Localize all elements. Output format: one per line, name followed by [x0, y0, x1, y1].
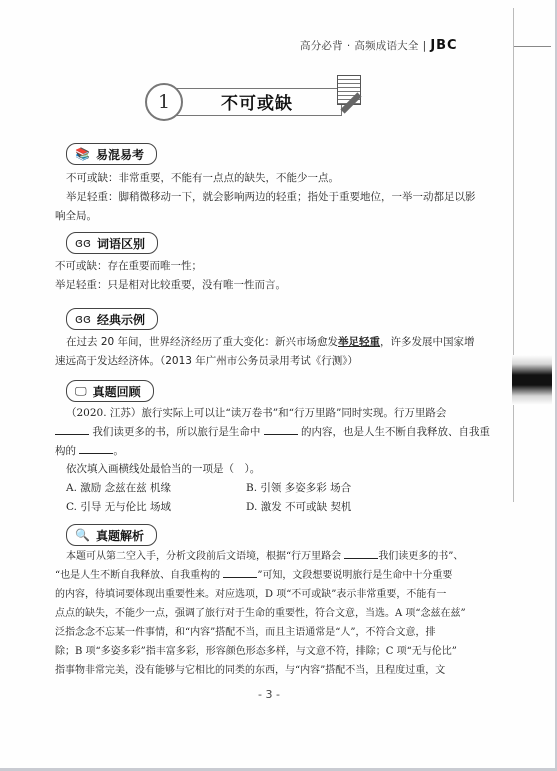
confusion-line-3: 响全局。: [55, 207, 97, 226]
section-label: 真题解析: [96, 527, 144, 544]
option-key: D.: [246, 501, 257, 513]
page-number: - 3 -: [258, 688, 280, 701]
question-line-2: 我们读更多的书，所以旅行是生命中 的内容，也是人生不断自我释放、自我重: [55, 423, 490, 442]
thumb-index-tab: [512, 355, 552, 405]
glasses-icon: ɞɞ: [75, 236, 91, 250]
option-c: C. 引导 无与伦比 场域: [66, 498, 171, 517]
book-subtitle: 高频成语大全: [354, 40, 418, 52]
section-label: 词语区别: [97, 235, 145, 252]
blank: [344, 548, 378, 559]
entry-title-banner: 1 不可或缺: [145, 83, 360, 119]
section-label: 经典示例: [97, 311, 145, 328]
option-d: D. 激发 不可或缺 契机: [246, 498, 351, 517]
question-line-3: 构的 。: [55, 442, 124, 461]
document-page: 高分必背·高频成语大全|JBC 1 不可或缺 📚 易混易考 不可或缺：非常重要，…: [0, 0, 557, 771]
example-line-1: 在过去 20 年间，世界经济经历了重大变化：新兴市场愈发举足轻重，许多发展中国家…: [66, 333, 475, 352]
option-key: B.: [246, 482, 257, 494]
confusion-line-2: 举足轻重：脚稍微移动一下，就会影响两边的轻重；指处于重要地位，一举一动都足以影: [66, 188, 476, 207]
example-text: 在过去 20 年间，世界经济经历了重大变化：新兴市场愈发: [66, 336, 338, 348]
analysis-text: “也是人生不断自我释放、自我重构的: [55, 570, 220, 581]
running-header: 高分必背·高频成语大全|JBC: [300, 38, 458, 53]
analysis-text: 我们读更多的书”、: [378, 551, 463, 562]
magnifier-icon: 🔍: [75, 528, 90, 542]
option-text: 激发 不可或缺 契机: [261, 501, 352, 513]
distinction-line-2: 举足轻重：只是相对比较重要，没有唯一性而言。: [55, 276, 286, 295]
header-rule: [514, 46, 551, 47]
distinction-line-1: 不可或缺：存在重要而唯一性；: [55, 257, 202, 276]
blank: [223, 567, 257, 578]
section-badge-confusion: 📚 易混易考: [66, 143, 157, 165]
section-badge-review: 🖵 真题回顾: [66, 380, 154, 402]
option-text: 激励 念兹在兹 机缘: [80, 482, 171, 494]
option-b: B. 引领 多姿多彩 场合: [246, 479, 351, 498]
publisher-logo: JBC: [430, 38, 457, 53]
analysis-text: 本题可从第二空入手，分析文段前后文语境，根据“行万里路会: [66, 551, 341, 562]
example-text: ，许多发展中国家增: [380, 336, 475, 348]
entry-idiom: 不可或缺: [221, 89, 293, 114]
book-title: 高分必背: [300, 40, 343, 52]
header-divider: |: [423, 40, 427, 52]
confusion-line-1: 不可或缺：非常重要，不能有一点点的缺失，不能少一点。: [66, 169, 339, 188]
books-icon: 📚: [75, 147, 90, 161]
entry-number: 1: [145, 83, 183, 121]
question-text: 的内容，也是人生不断自我释放、自我重: [301, 426, 490, 438]
analysis-line-1: 本题可从第二空入手，分析文段前后文语境，根据“行万里路会 我们读更多的书”、: [66, 547, 463, 566]
analysis-line-2: “也是人生不断自我释放、自我重构的 ”可知，文段想要说明旅行是生命中十分重要: [55, 566, 452, 585]
option-key: A.: [66, 482, 77, 494]
question-text: 我们读更多的书，所以旅行是生命中: [92, 426, 260, 438]
analysis-line-6: 除；B 项“多姿多彩”指丰富多彩，形容颜色形态多样，与文意不符，排除；C 项“无…: [55, 642, 457, 661]
section-badge-analysis: 🔍 真题解析: [66, 524, 157, 546]
analysis-line-3: 的内容，待填词要体现出重要性来。对应选项，D 项“不可或缺”表示非常重要，不能有…: [55, 585, 446, 604]
question-prompt: 依次填入画横线处最恰当的一项是（ ）。: [66, 460, 260, 479]
example-line-2: 速远高于发达经济体。（2013 年广州市公务员录用考试《行测》）: [55, 352, 358, 371]
section-label: 易混易考: [96, 146, 144, 163]
analysis-line-4: 点点的缺失，不能少一点，强调了旅行对于生命的重要性，符合文意，当选。A 项“念兹…: [55, 604, 466, 623]
header-dot: ·: [347, 40, 351, 52]
glasses-icon: ɞɞ: [75, 312, 91, 326]
option-a: A. 激励 念兹在兹 机缘: [66, 479, 171, 498]
section-badge-example: ɞɞ 经典示例: [66, 308, 158, 330]
question-text: 构的: [55, 445, 76, 457]
option-key: C.: [66, 501, 77, 513]
blank: [55, 424, 89, 435]
section-label: 真题回顾: [93, 383, 141, 400]
page-edge-line: [513, 8, 514, 502]
analysis-line-7: 指事物非常完美，没有能够与它相比的同类的东西，与“内容”搭配不当，且程度过重，文: [55, 661, 445, 680]
option-text: 引领 多姿多彩 场合: [260, 482, 351, 494]
question-text: 。: [113, 445, 124, 457]
example-emphasis: 举足轻重: [338, 336, 380, 348]
blank: [79, 443, 113, 454]
section-badge-distinction: ɞɞ 词语区别: [66, 232, 158, 254]
screen-icon: 🖵: [75, 384, 87, 399]
question-line-1: （2020. 江苏）旅行实际上可以让“读万卷书”和“行万里路”同时实现。行万里路…: [66, 404, 446, 423]
analysis-text: ”可知，文段想要说明旅行是生命中十分重要: [257, 570, 452, 581]
blank: [264, 424, 298, 435]
analysis-line-5: 泛指念念不忘某一件事情，和“内容”搭配不当，而且主语通常是“人”，不符合文意，排: [55, 623, 435, 642]
option-text: 引导 无与伦比 场域: [80, 501, 171, 513]
